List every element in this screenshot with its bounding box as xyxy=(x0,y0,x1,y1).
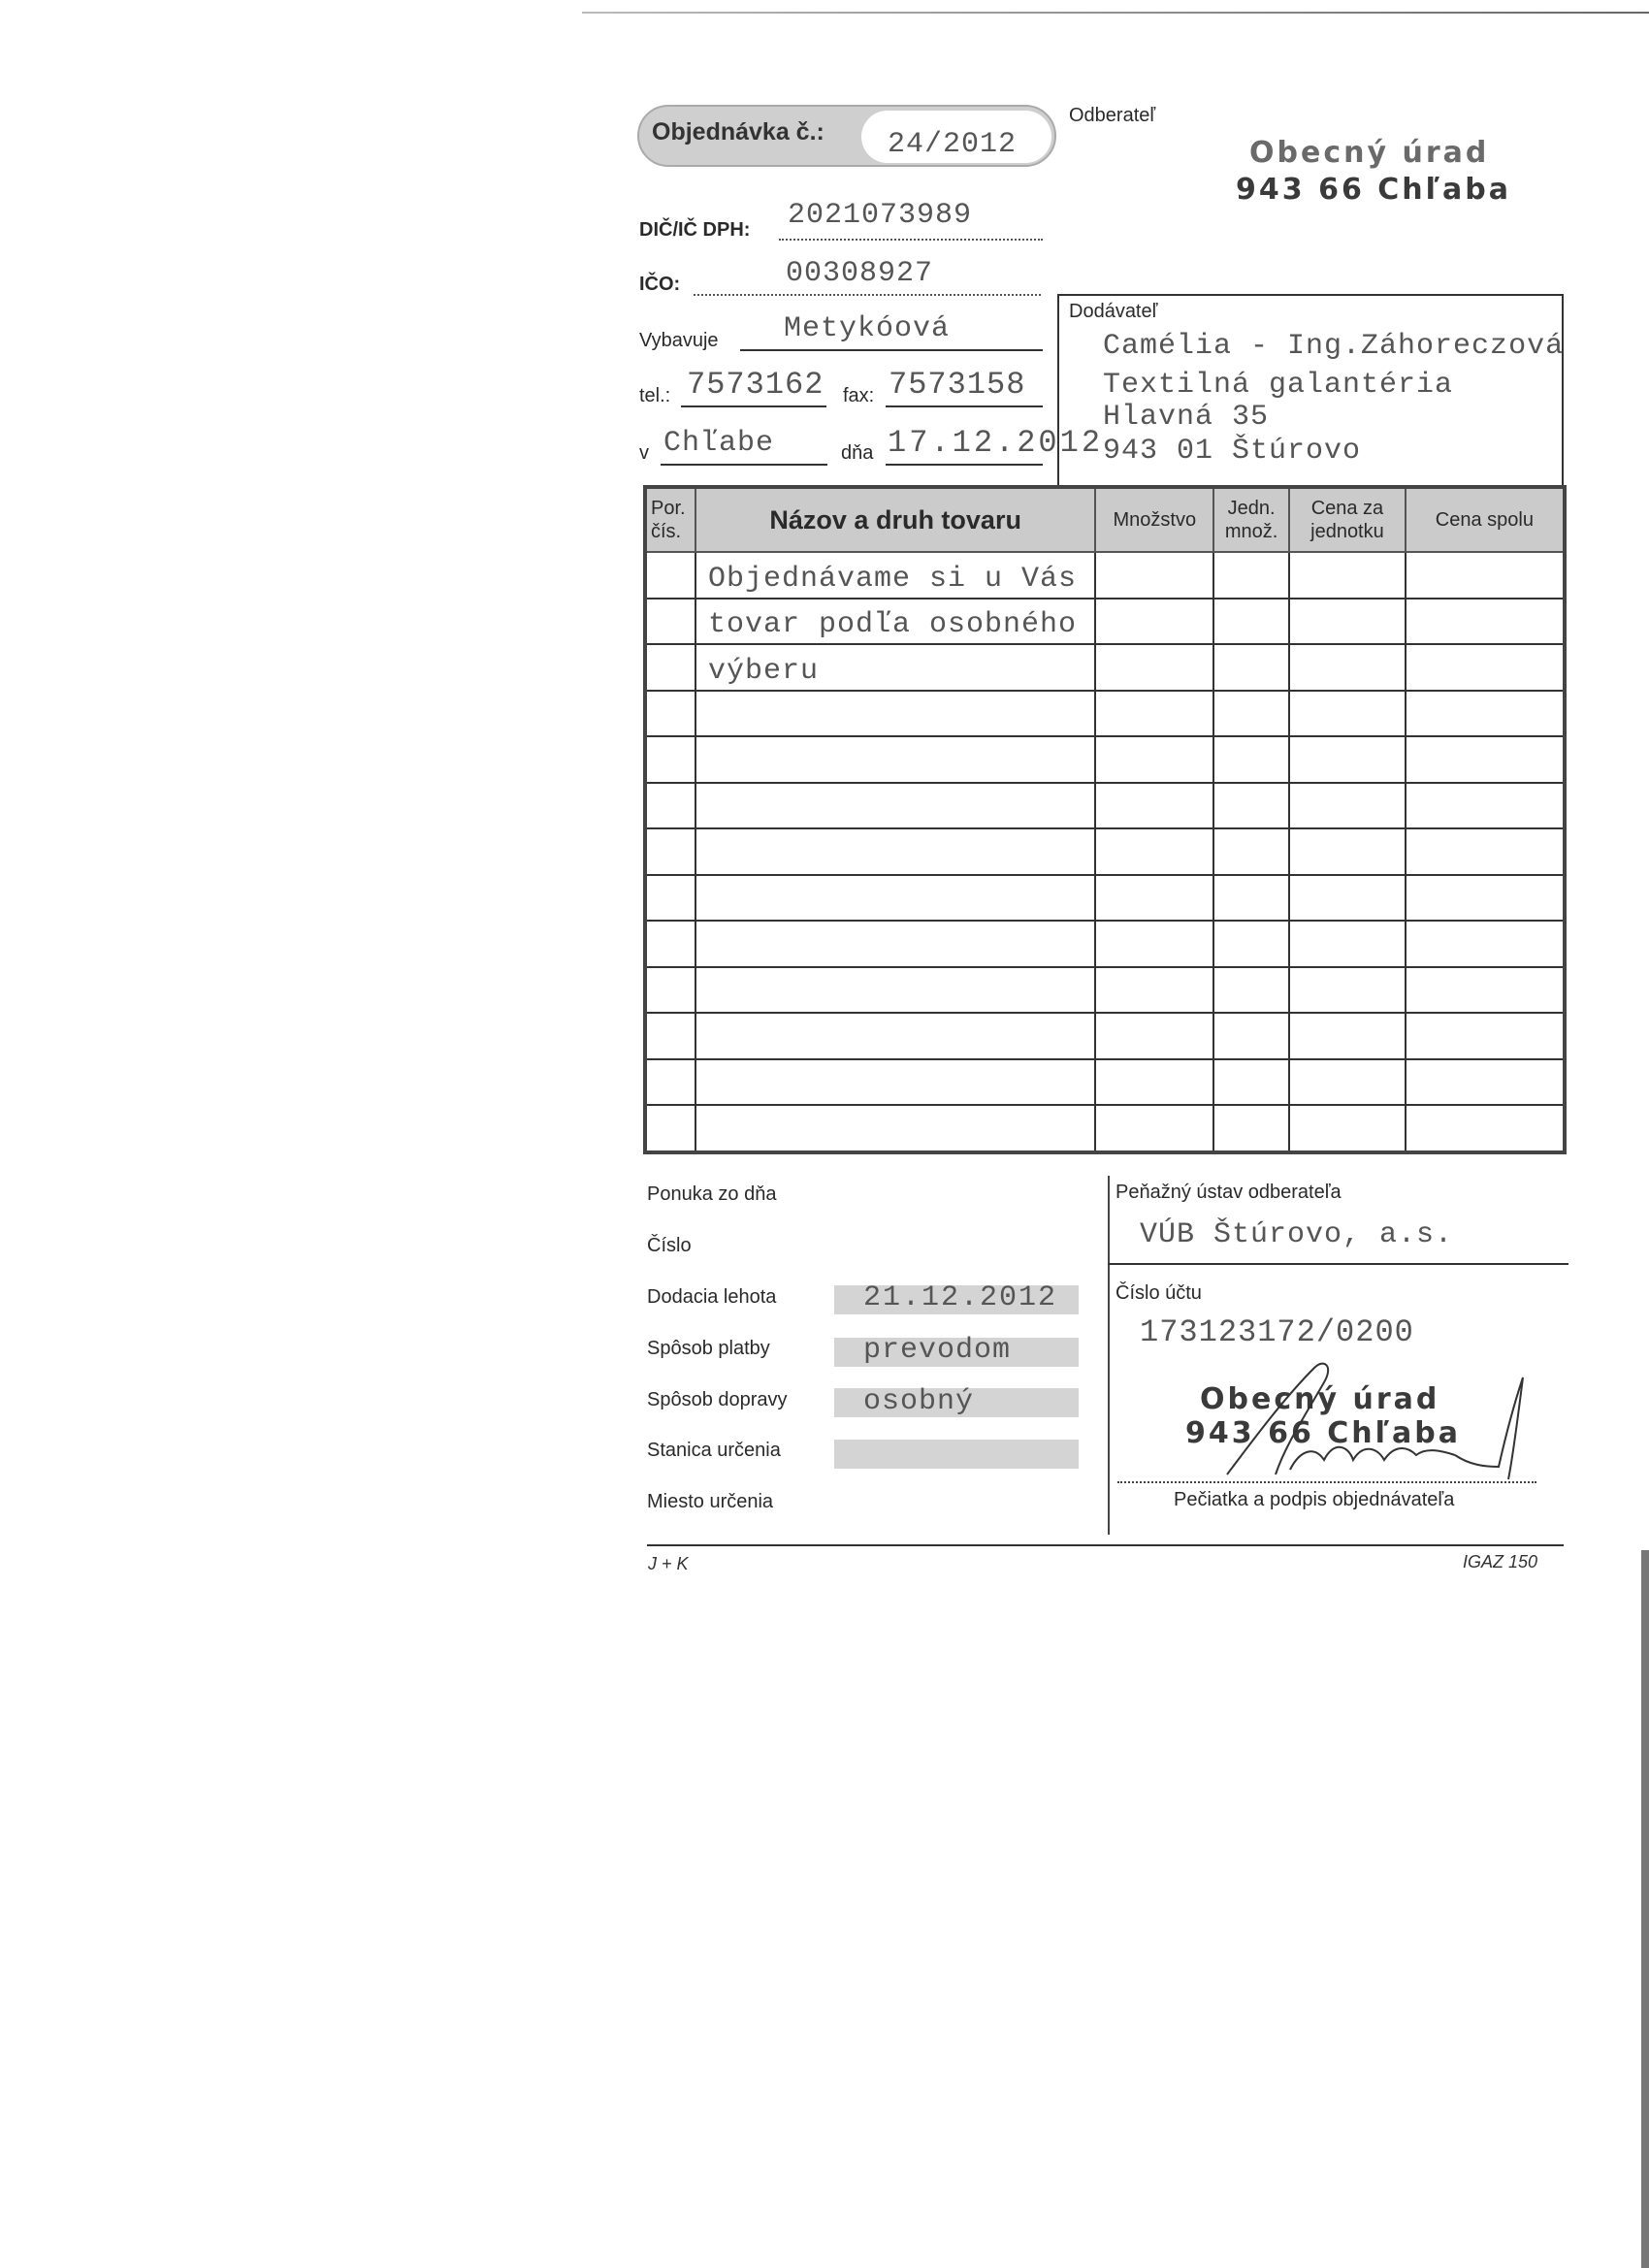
table-row xyxy=(645,1013,1565,1059)
section-divider xyxy=(1108,1176,1110,1535)
header-jedn-mnoz: Jedn. množ. xyxy=(1213,487,1289,552)
cell-total xyxy=(1406,921,1565,967)
signature-label: Pečiatka a podpis objednávateľa xyxy=(1174,1489,1454,1511)
cell-unit xyxy=(1213,783,1289,829)
table-row xyxy=(645,828,1565,875)
cell-total xyxy=(1406,875,1565,922)
cell-no xyxy=(645,1105,695,1152)
cell-unit xyxy=(1213,599,1289,645)
fax-value: 7573158 xyxy=(889,367,1025,403)
cell-unit xyxy=(1213,921,1289,967)
cell-qty xyxy=(1095,691,1213,737)
cell-unit-price xyxy=(1289,828,1406,875)
cell-total xyxy=(1406,783,1565,829)
cell-qty xyxy=(1095,552,1213,599)
header-nazov: Názov a druh tovaru xyxy=(695,487,1095,552)
footer-rule xyxy=(647,1544,1564,1546)
ico-label: IČO: xyxy=(639,274,680,296)
delivery-value: 21.12.2012 xyxy=(863,1281,1057,1314)
handwritten-signature xyxy=(1179,1358,1547,1484)
place-label: v xyxy=(639,442,649,465)
footer-right: IGAZ 150 xyxy=(1463,1552,1537,1572)
tel-label: tel.: xyxy=(639,385,670,407)
items-table: Por. čís. Názov a druh tovaru Množstvo J… xyxy=(643,485,1567,1154)
cell-no xyxy=(645,644,695,691)
cell-unit-price xyxy=(1289,691,1406,737)
header-cena-za-jednotku: Cena za jednotku xyxy=(1289,487,1406,552)
delivery-label: Dodacia lehota xyxy=(647,1286,776,1309)
cell-unit xyxy=(1213,875,1289,922)
destination-label: Miesto určenia xyxy=(647,1491,773,1513)
cell-qty xyxy=(1095,921,1213,967)
cell-qty xyxy=(1095,783,1213,829)
cell-total xyxy=(1406,552,1565,599)
cell-unit xyxy=(1213,1059,1289,1106)
transport-value: osobný xyxy=(863,1385,974,1418)
scan-right-edge xyxy=(1641,1550,1649,2268)
number-label: Číslo xyxy=(647,1235,692,1257)
tel-value: 7573162 xyxy=(687,367,824,403)
footer-left: J + K xyxy=(648,1554,689,1574)
item-name-text: výberu xyxy=(708,655,819,688)
table-row xyxy=(645,1105,1565,1152)
cell-no xyxy=(645,691,695,737)
cell-no xyxy=(645,967,695,1014)
date-label: dňa xyxy=(841,442,873,465)
cell-name xyxy=(695,783,1095,829)
cell-unit-price xyxy=(1289,921,1406,967)
cell-unit xyxy=(1213,828,1289,875)
cell-no xyxy=(645,875,695,922)
cell-unit xyxy=(1213,967,1289,1014)
cell-qty xyxy=(1095,644,1213,691)
customer-stamp-line2: 943 66 Chľaba xyxy=(1236,173,1511,207)
cell-no xyxy=(645,783,695,829)
cell-name xyxy=(695,736,1095,783)
table-row xyxy=(645,1059,1565,1106)
cell-no xyxy=(645,599,695,645)
account-label: Číslo účtu xyxy=(1115,1282,1202,1305)
item-name-text: Objednávame si u Vás xyxy=(708,563,1077,596)
cell-name: tovar podľa osobného xyxy=(695,599,1095,645)
cell-unit xyxy=(1213,691,1289,737)
cell-unit-price xyxy=(1289,644,1406,691)
bank-value: VÚB Štúrovo, a.s. xyxy=(1140,1218,1453,1251)
supplier-line-3: Hlavná 35 xyxy=(1103,401,1269,434)
table-row xyxy=(645,736,1565,783)
table-row: tovar podľa osobného xyxy=(645,599,1565,645)
cell-total xyxy=(1406,1013,1565,1059)
payment-label: Spôsob platby xyxy=(647,1338,770,1360)
header-mnozstvo: Množstvo xyxy=(1095,487,1213,552)
cell-name xyxy=(695,967,1095,1014)
cell-no xyxy=(645,828,695,875)
cell-no xyxy=(645,1013,695,1059)
ico-value: 00308927 xyxy=(786,257,933,290)
station-label: Stanica určenia xyxy=(647,1440,781,1462)
table-row: výberu xyxy=(645,644,1565,691)
cell-name xyxy=(695,875,1095,922)
table-row xyxy=(645,691,1565,737)
cell-unit-price xyxy=(1289,736,1406,783)
supplier-line-1: Camélia - Ing.Záhoreczová xyxy=(1103,330,1564,363)
cell-no xyxy=(645,921,695,967)
cell-total xyxy=(1406,967,1565,1014)
supplier-label: Dodávateľ xyxy=(1069,301,1157,323)
cell-qty xyxy=(1095,1105,1213,1152)
cell-name: výberu xyxy=(695,644,1095,691)
cell-total xyxy=(1406,599,1565,645)
cell-total xyxy=(1406,736,1565,783)
item-name-text: tovar podľa osobného xyxy=(708,608,1077,641)
cell-name: Objednávame si u Vás xyxy=(695,552,1095,599)
table-row: Objednávame si u Vás xyxy=(645,552,1565,599)
offer-date-label: Ponuka zo dňa xyxy=(647,1183,776,1206)
supplier-line-2: Textilná galantéria xyxy=(1103,369,1453,402)
place-value: Chľabe xyxy=(663,427,774,460)
dic-label: DIČ/IČ DPH: xyxy=(639,219,750,242)
customer-label: Odberateľ xyxy=(1069,105,1155,127)
handler-label: Vybavuje xyxy=(639,330,719,352)
table-row xyxy=(645,967,1565,1014)
cell-name xyxy=(695,921,1095,967)
table-header-row: Por. čís. Názov a druh tovaru Množstvo J… xyxy=(645,487,1565,552)
cell-no xyxy=(645,552,695,599)
cell-name xyxy=(695,1013,1095,1059)
cell-no xyxy=(645,1059,695,1106)
cell-total xyxy=(1406,644,1565,691)
cell-unit xyxy=(1213,1105,1289,1152)
bank-label: Peňažný ústav odberateľa xyxy=(1115,1182,1342,1204)
header-cena-spolu: Cena spolu xyxy=(1406,487,1565,552)
cell-name xyxy=(695,1105,1095,1152)
table-row xyxy=(645,921,1565,967)
cell-unit xyxy=(1213,736,1289,783)
cell-unit-price xyxy=(1289,599,1406,645)
cell-qty xyxy=(1095,967,1213,1014)
fax-label: fax: xyxy=(843,385,874,407)
cell-unit-price xyxy=(1289,1013,1406,1059)
cell-unit-price xyxy=(1289,1059,1406,1106)
bank-divider xyxy=(1108,1263,1568,1265)
account-value: 173123172/0200 xyxy=(1140,1314,1414,1350)
cell-total xyxy=(1406,691,1565,737)
cell-name xyxy=(695,828,1095,875)
cell-no xyxy=(645,736,695,783)
order-number-label: Objednávka č.: xyxy=(652,118,824,146)
supplier-line-4: 943 01 Štúrovo xyxy=(1103,435,1361,468)
table-row xyxy=(645,875,1565,922)
cell-unit-price xyxy=(1289,783,1406,829)
transport-label: Spôsob dopravy xyxy=(647,1389,788,1411)
cell-name xyxy=(695,691,1095,737)
cell-unit xyxy=(1213,552,1289,599)
cell-qty xyxy=(1095,736,1213,783)
cell-total xyxy=(1406,1105,1565,1152)
cell-name xyxy=(695,1059,1095,1106)
cell-total xyxy=(1406,1059,1565,1106)
dic-value: 2021073989 xyxy=(788,199,972,232)
table-row xyxy=(645,783,1565,829)
cell-unit xyxy=(1213,644,1289,691)
header-por-cis: Por. čís. xyxy=(645,487,695,552)
cell-qty xyxy=(1095,1013,1213,1059)
cell-unit xyxy=(1213,1013,1289,1059)
cell-unit-price xyxy=(1289,967,1406,1014)
station-field xyxy=(834,1440,1079,1469)
cell-unit-price xyxy=(1289,1105,1406,1152)
payment-value: prevodom xyxy=(863,1334,1011,1367)
cell-qty xyxy=(1095,1059,1213,1106)
customer-stamp-line1: Obecný úrad xyxy=(1249,136,1489,170)
handler-value: Metykóová xyxy=(784,312,950,345)
cell-total xyxy=(1406,828,1565,875)
cell-unit-price xyxy=(1289,552,1406,599)
cell-qty xyxy=(1095,875,1213,922)
scan-top-edge xyxy=(582,12,1649,14)
signature-line xyxy=(1117,1481,1536,1483)
cell-unit-price xyxy=(1289,875,1406,922)
cell-qty xyxy=(1095,828,1213,875)
cell-qty xyxy=(1095,599,1213,645)
order-number-value: 24/2012 xyxy=(888,128,1017,161)
